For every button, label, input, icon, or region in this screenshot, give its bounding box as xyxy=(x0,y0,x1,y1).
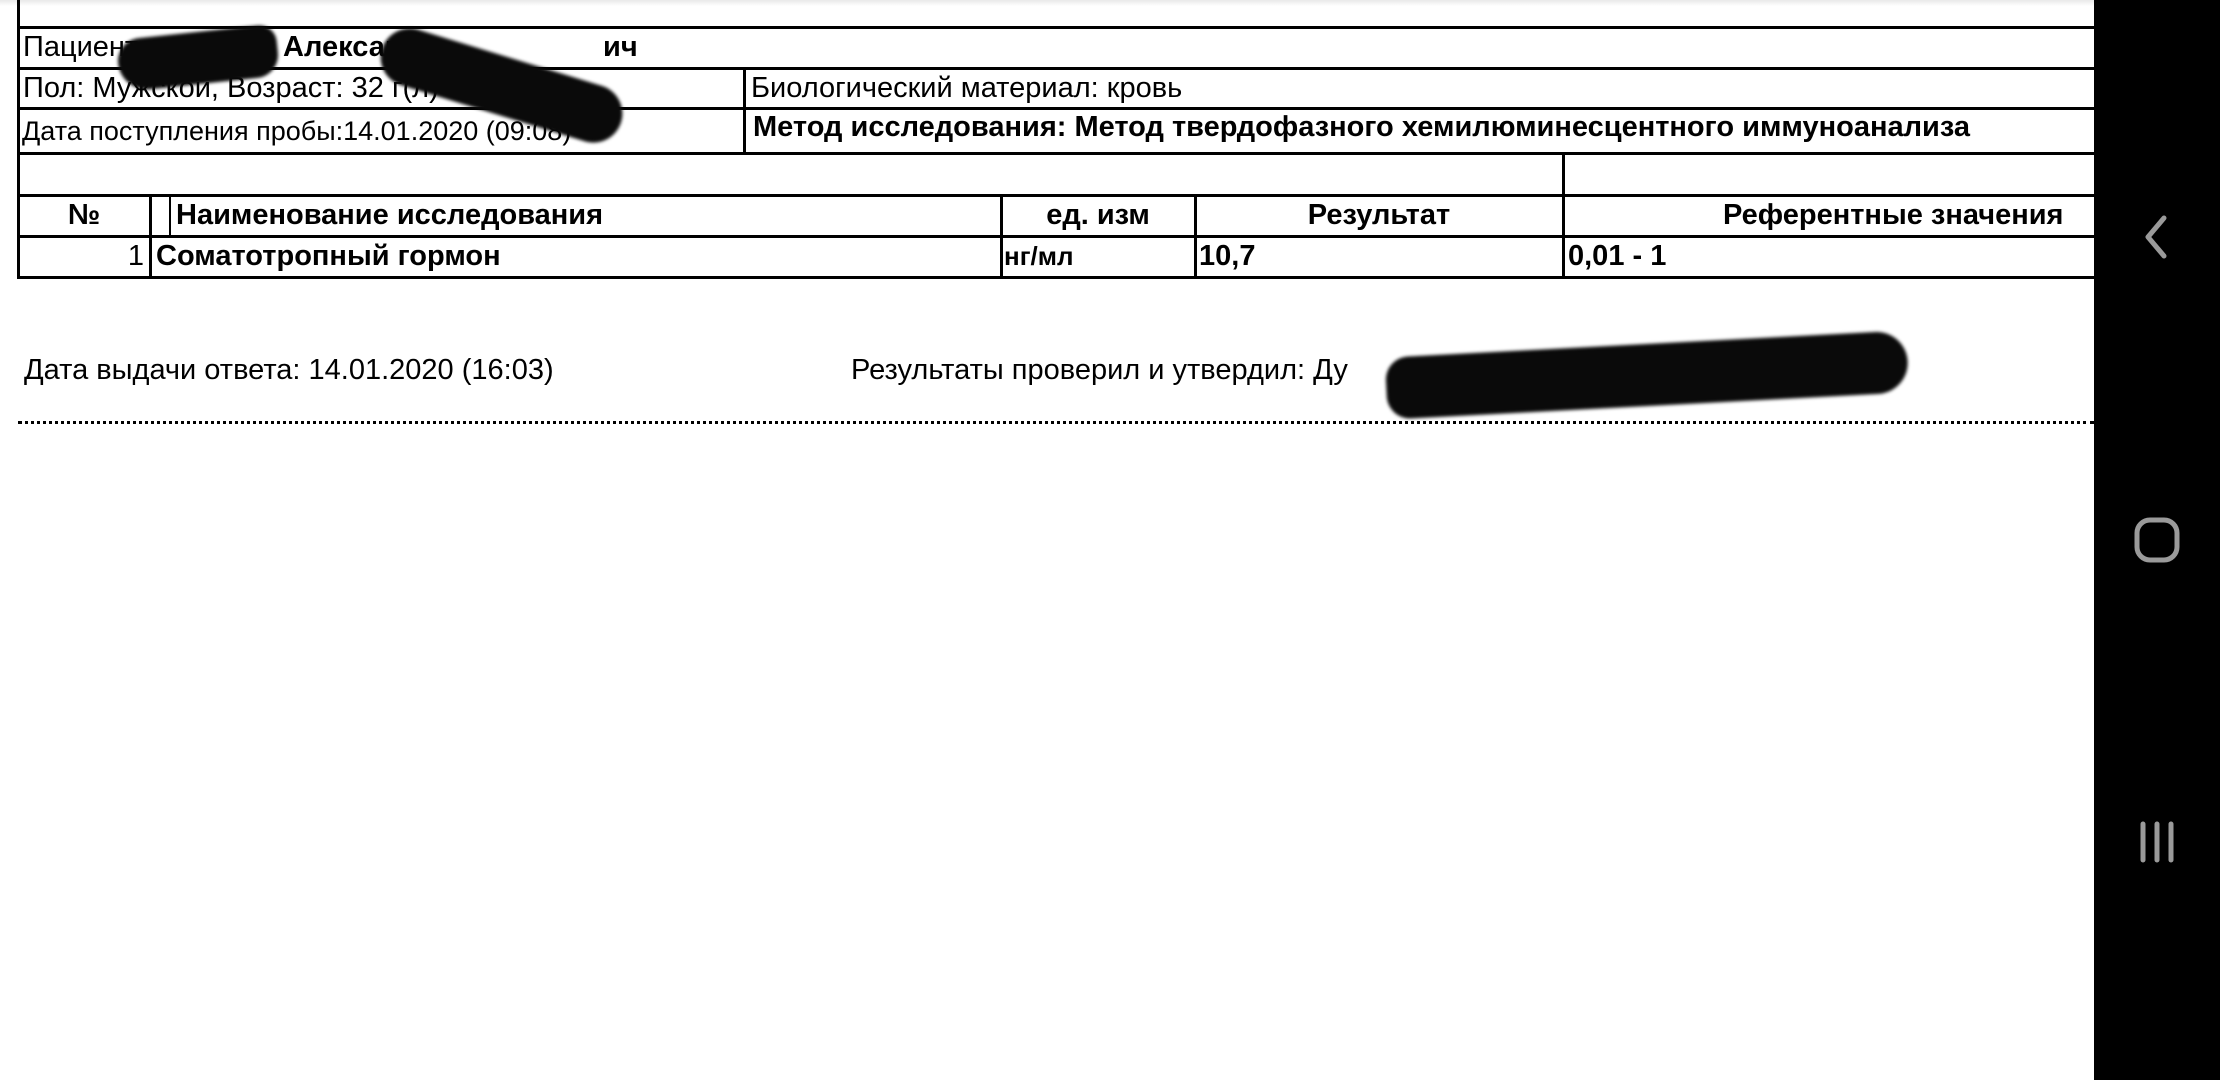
row-line xyxy=(17,107,2094,110)
header-result: Результат xyxy=(1197,201,1561,230)
document-viewer[interactable]: Пациент Александр ич Пол: Мужской, Возра… xyxy=(0,0,2094,1080)
header-reference: Референтные значения xyxy=(1723,201,2063,230)
recents-button[interactable] xyxy=(2127,812,2187,872)
system-navigation-bar xyxy=(2094,0,2220,1080)
chevron-left-icon xyxy=(2142,214,2172,260)
sample-date: Дата поступления пробы:14.01.2020 (09:08… xyxy=(22,118,571,145)
header-unit: ед. изм xyxy=(1003,201,1193,230)
header-name: Наименование исследования xyxy=(176,201,603,230)
home-button[interactable] xyxy=(2127,510,2187,570)
research-method: Метод исследования: Метод твердофазного … xyxy=(753,113,1970,142)
top-shadow xyxy=(0,0,2094,6)
row-line xyxy=(17,67,2094,70)
home-icon xyxy=(2134,517,2180,563)
approved-by: Результаты проверил и утвердил: Ду xyxy=(851,356,1348,385)
header-num: № xyxy=(20,201,148,230)
row-unit: нг/мл xyxy=(1004,243,1074,269)
row-reference: 0,01 - 1 xyxy=(1568,242,1666,271)
col-divider xyxy=(743,67,746,154)
row-line xyxy=(17,152,2094,155)
row-num: 1 xyxy=(20,242,144,271)
col-divider xyxy=(1562,152,1565,278)
recents-icon xyxy=(2137,820,2177,864)
col-divider xyxy=(169,194,171,236)
issue-date: Дата выдачи ответа: 14.01.2020 (16:03) xyxy=(24,356,554,385)
row-line xyxy=(17,235,2094,238)
back-button[interactable] xyxy=(2127,207,2187,267)
row-name: Соматотропный гормон xyxy=(156,242,501,271)
row-line xyxy=(17,26,2094,29)
redaction-mark xyxy=(1385,330,1910,419)
dotted-separator xyxy=(18,421,2094,424)
table-bottom-border xyxy=(17,276,2094,279)
row-result: 10,7 xyxy=(1199,242,1255,271)
biomaterial: Биологический материал: кровь xyxy=(751,74,1182,103)
patient-name-suffix: ич xyxy=(603,33,638,62)
row-line xyxy=(17,194,2094,197)
